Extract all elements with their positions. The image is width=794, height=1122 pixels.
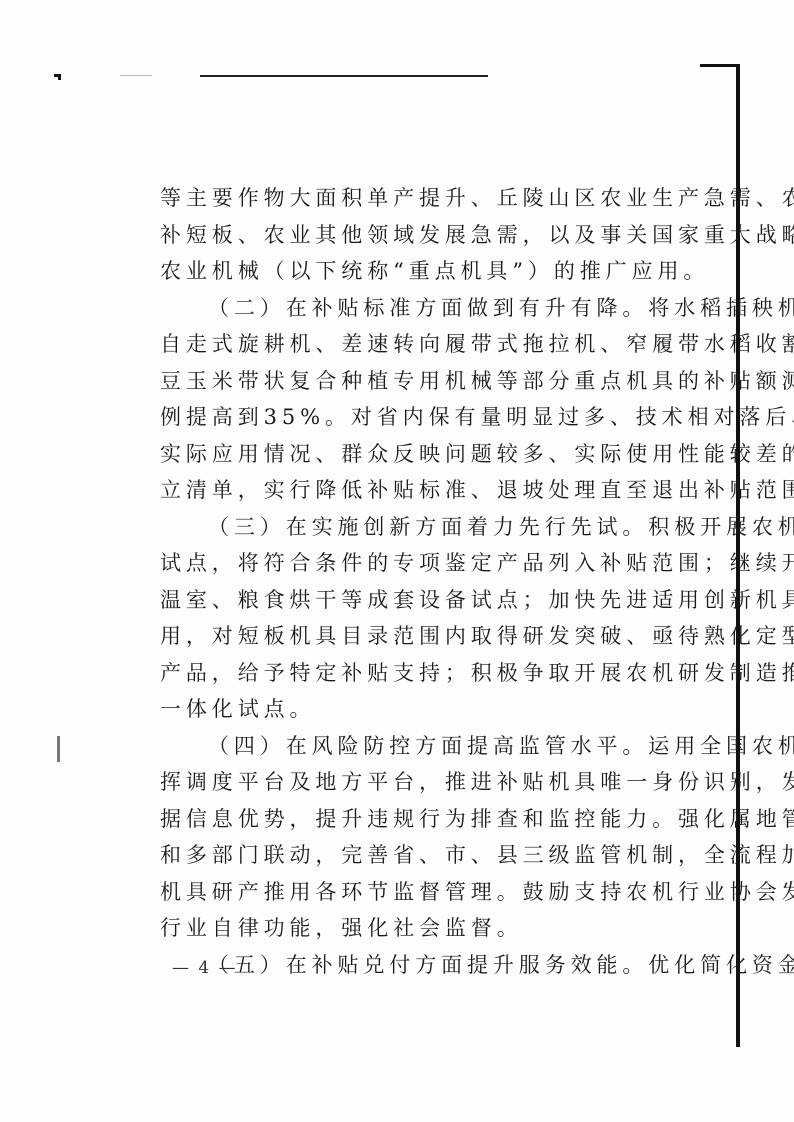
text-line: 据信息优势，提升违规行为排查和监控能力。强化属地管理责任 — [160, 801, 660, 838]
text-line: 补短板、农业其他领域发展急需，以及事关国家重大战略实施的 — [160, 217, 660, 254]
scan-corner-mark — [54, 74, 61, 77]
document-page: 等主要作物大面积单产提升、丘陵山区农业生产急需、农机装备 补短板、农业其他领域发… — [0, 0, 794, 1122]
section-heading-line-2: （二）在补贴标准方面做到有升有降。将水稻插秧机、履带 — [160, 290, 660, 327]
text-line: 挥调度平台及地方平台，推进补贴机具唯一身份识别，发挥大数 — [160, 764, 660, 801]
text-line: 试点，将符合条件的专项鉴定产品列入补贴范围；继续开展连栋 — [160, 545, 660, 582]
page-number: — 4 — — [172, 958, 238, 978]
scan-frame-line-faint — [120, 75, 152, 76]
text-line: 立清单，实行降低补贴标准、退坡处理直至退出补贴范围。 — [160, 472, 660, 509]
text-line: 机具研产推用各环节监督管理。鼓励支持农机行业协会发挥引领 — [160, 874, 660, 911]
section-heading-line-4: （四）在风险防控方面提高监管水平。运用全国农机作业指 — [160, 728, 660, 765]
text-line: 行业自律功能，强化社会监督。 — [160, 910, 660, 947]
scan-frame-line-top — [200, 75, 488, 77]
text-line: 产品，给予特定补贴支持；积极争取开展农机研发制造推广应用 — [160, 655, 660, 692]
text-line: 豆玉米带状复合种植专用机械等部分重点机具的补贴额测算比 — [160, 363, 660, 400]
text-line: 温室、粮食烘干等成套设备试点；加快先进适用创新机具推广应 — [160, 582, 660, 619]
scan-frame-corner — [700, 64, 740, 67]
text-line: 例提高到35%。对省内保有量明显过多、技术相对落后、不符合 — [160, 399, 660, 436]
section-heading-line-3: （三）在实施创新方面着力先行先试。积极开展农机新产品 — [160, 509, 660, 546]
text-line: 农业机械（以下统称“重点机具”）的推广应用。 — [160, 253, 660, 290]
scan-margin-mark — [57, 736, 60, 762]
text-line: 用，对短板机具目录范围内取得研发突破、亟待熟化定型的创新 — [160, 618, 660, 655]
text-line: 实际应用情况、群众反映问题较多、实际使用性能较差的机具建 — [160, 436, 660, 473]
text-line: 一体化试点。 — [160, 691, 660, 728]
text-line: 自走式旋耕机、差速转向履带式拖拉机、窄履带水稻收割机和大 — [160, 326, 660, 363]
text-line: 和多部门联动，完善省、市、县三级监管机制，全流程加强补贴 — [160, 837, 660, 874]
body-text: 等主要作物大面积单产提升、丘陵山区农业生产急需、农机装备 补短板、农业其他领域发… — [160, 180, 660, 983]
text-line: 等主要作物大面积单产提升、丘陵山区农业生产急需、农机装备 — [160, 180, 660, 217]
